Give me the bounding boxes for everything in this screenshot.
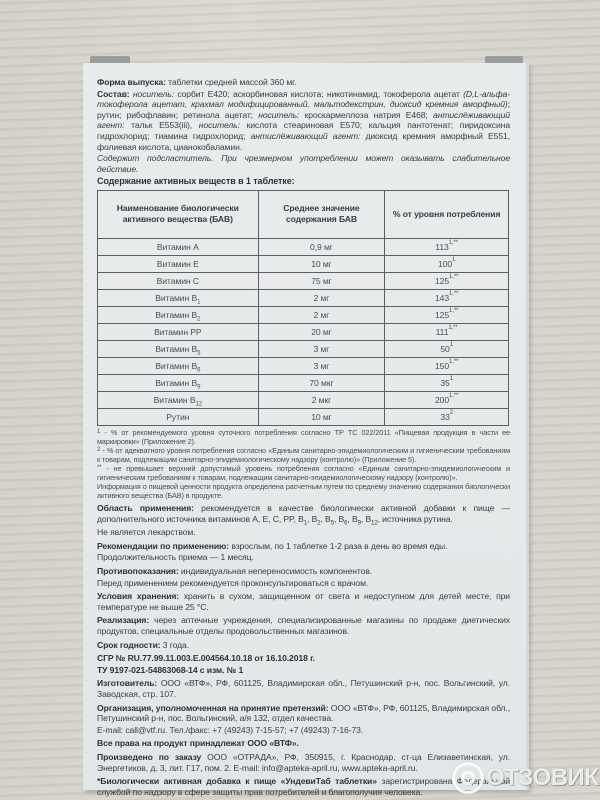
percent-note: 2 <box>450 410 453 416</box>
sales: Реализация: через аптечные учреждения, с… <box>97 615 510 636</box>
composition: Состав: носитель: сорбит Е420; аскорбино… <box>97 89 510 153</box>
doctor-note: Перед применением рекомендуется проконсу… <box>97 578 510 589</box>
footnotes: 1 - % от рекомендуемого уровня суточного… <box>97 428 510 500</box>
header-amount: Среднее значение содержания БАВ <box>258 190 385 238</box>
footnote-text: Информация о пищевой ценности продукта о… <box>97 482 510 500</box>
cell-substance: Витамин B5 <box>98 340 259 357</box>
percent-value: 35 <box>440 378 449 388</box>
composition-segment: тальк Е553(iii), <box>124 120 198 130</box>
cell-amount: 20 мг <box>258 323 385 340</box>
cell-amount: 75 мг <box>258 272 385 289</box>
table-row: Витамин B122 мкг2001,** <box>98 391 509 408</box>
application: Область применения: рекомендуется в каче… <box>97 503 510 526</box>
cell-substance: Рутин <box>98 408 259 425</box>
cell-percent: 1251,** <box>385 272 509 289</box>
table-title: Содержание активных веществ в 1 таблетке… <box>97 176 510 187</box>
cell-substance: Витамин E <box>98 255 259 272</box>
footnote: ** - не превышает верхний допустимый уро… <box>97 464 510 482</box>
footnote: 1 - % от рекомендуемого уровня суточного… <box>97 428 510 446</box>
percent-note: 1,** <box>449 291 458 297</box>
application-tail: , источника рутина. <box>378 514 453 524</box>
footnote: 2 - % от адекватного уровня потребления … <box>97 446 510 464</box>
table-row: Витамин E10 мг1001 <box>98 255 509 272</box>
percent-value: 111 <box>436 327 449 337</box>
composition-segment: сорбит Е420; аскорбиновая кислота; никот… <box>174 89 463 99</box>
release-form: Форма выпуска: таблетки средней массой 3… <box>97 77 510 88</box>
cell-percent: 351 <box>385 374 509 391</box>
rights: Все права на продукт принадлежат ООО «ВТ… <box>97 738 510 749</box>
percent-note: 1,** <box>449 308 458 314</box>
percent-value: 100 <box>438 259 452 269</box>
cell-percent: 2001,** <box>385 391 509 408</box>
table-row: Витамин B22 мг1251,** <box>98 306 509 323</box>
cell-substance: Витамин B6 <box>98 357 259 374</box>
percent-note: 1 <box>452 257 455 263</box>
substance-subscript: 1 <box>197 300 200 306</box>
usage-duration: Продолжительность приема — 1 месяц. <box>97 552 510 563</box>
vitamin-sep: , B <box>307 514 317 524</box>
cell-amount: 2 мг <box>258 289 385 306</box>
sgr-number: СГР № RU.77.99.11.003.Е.004564.10.18 от … <box>97 653 510 664</box>
percent-value: 200 <box>435 395 449 405</box>
composition-segment: носитель: <box>133 89 174 99</box>
vitamin-sep: , B <box>320 514 330 524</box>
claims-contact: E-mail: call@vtf.ru. Тел./факс: +7 (4924… <box>97 725 510 736</box>
substance-name: Витамин B <box>155 293 197 303</box>
percent-note: 1,** <box>448 325 457 331</box>
footnote-text: - % от адекватного уровня потребления со… <box>97 446 510 464</box>
substance-name: Витамин E <box>157 259 199 269</box>
substance-name: Витамин PP <box>154 327 201 337</box>
cell-percent: 1131,** <box>385 238 509 255</box>
substance-subscript: 12 <box>195 402 201 408</box>
cell-substance: Витамин PP <box>98 323 259 340</box>
substance-name: Витамин A <box>157 242 199 252</box>
percent-value: 125 <box>435 310 449 320</box>
cell-substance: Витамин B2 <box>98 306 259 323</box>
percent-note: 1 <box>450 342 453 348</box>
cell-amount: 2 мг <box>258 306 385 323</box>
cell-amount: 2 мкг <box>258 391 385 408</box>
cell-percent: 1251,** <box>385 306 509 323</box>
product-box-back: Форма выпуска: таблетки средней массой 3… <box>83 63 529 790</box>
vitamin-sep: , B <box>347 514 357 524</box>
cell-percent: 1111,** <box>385 323 509 340</box>
storage: Условия хранения: хранить в сухом, защищ… <box>97 591 510 612</box>
claims-org: Организация, уполномоченная на принятие … <box>97 703 510 724</box>
shelf-life: Срок годности: 3 года. <box>97 640 510 651</box>
percent-value: 125 <box>435 276 449 286</box>
cell-amount: 3 мг <box>258 340 385 357</box>
percent-value: 113 <box>435 242 448 252</box>
table-body: Витамин A0,9 мг1131,**Витамин E10 мг1001… <box>98 238 509 425</box>
registration: *Биологически активная добавка к пище «У… <box>97 776 510 797</box>
footnote: Информация о пищевой ценности продукта о… <box>97 482 510 500</box>
substance-name: Витамин B <box>154 395 196 405</box>
cell-substance: Витамин B12 <box>98 391 259 408</box>
table-row: Витамин B12 мг1431,** <box>98 289 509 306</box>
substance-name: Витамин B <box>155 344 197 354</box>
substance-subscript: 2 <box>197 317 200 323</box>
nutrient-table: Наименование биологически активного веще… <box>97 190 509 426</box>
substance-subscript: 6 <box>197 368 200 374</box>
cell-percent: 501 <box>385 340 509 357</box>
cell-amount: 3 мг <box>258 357 385 374</box>
otzovik-watermark: ОТЗОВИК <box>452 758 598 798</box>
cell-substance: Витамин B1 <box>98 289 259 306</box>
cell-percent: 1501,** <box>385 357 509 374</box>
manufacturer: Изготовитель: ООО «ВТФ», РФ, 601125, Вла… <box>97 678 510 699</box>
footnote-text: - не превышает верхний допустимый уровен… <box>97 464 510 482</box>
cell-percent: 332 <box>385 408 509 425</box>
substance-subscript: 9 <box>197 385 200 391</box>
header-substance: Наименование биологически активного веще… <box>98 190 259 238</box>
usage: Рекомендации по применению: взрослым, по… <box>97 541 510 552</box>
table-row: Витамин A0,9 мг1131,** <box>98 238 509 255</box>
cell-percent: 1001 <box>385 255 509 272</box>
table-row: Витамин PP20 мг1111,** <box>98 323 509 340</box>
contraindications: Противопоказания: индивидуальная неперен… <box>97 566 510 577</box>
cell-substance: Витамин C <box>98 272 259 289</box>
substance-name: Витамин B <box>155 361 197 371</box>
cell-substance: Витамин B9 <box>98 374 259 391</box>
cell-amount: 10 мг <box>258 408 385 425</box>
substance-name: Рутин <box>166 412 189 422</box>
produced-for: Произведено по заказу ООО «ОТРАДА», РФ, … <box>97 752 510 773</box>
substance-name: Витамин B <box>155 310 197 320</box>
label-content: Форма выпуска: таблетки средней массой 3… <box>97 77 510 798</box>
tu-number: ТУ 9197-021-54863068-14 с изм. № 1 <box>97 665 510 676</box>
composition-segment: кроскармеллоза натрия Е468; <box>299 110 433 120</box>
percent-note: 1,** <box>449 393 458 399</box>
table-row: Рутин10 мг332 <box>98 408 509 425</box>
percent-value: 150 <box>435 361 449 371</box>
composition-segment: антислёживающий агент: <box>251 131 361 141</box>
composition-segment: носитель: <box>199 120 240 130</box>
substance-name: Витамин C <box>157 276 199 286</box>
table-row: Витамин B53 мг501 <box>98 340 509 357</box>
percent-value: 50 <box>440 344 449 354</box>
cell-substance: Витамин A <box>98 238 259 255</box>
sweetener-note: Содержит подсластитель. При чрезмерном у… <box>97 153 510 174</box>
substance-name: Витамин B <box>155 378 197 388</box>
header-percent: % от уровня потребления <box>385 190 509 238</box>
cell-percent: 1431,** <box>385 289 509 306</box>
percent-value: 143 <box>435 293 449 303</box>
percent-note: 1,** <box>449 240 458 246</box>
percent-note: 1,** <box>449 274 458 280</box>
table-row: Витамин B970 мкг351 <box>98 374 509 391</box>
percent-value: 33 <box>440 412 449 422</box>
otzovik-logo-icon <box>452 762 484 794</box>
footnote-text: - % от рекомендуемого уровня суточного п… <box>97 428 510 446</box>
table-header-row: Наименование биологически активного веще… <box>98 190 509 238</box>
cell-amount: 10 мг <box>258 255 385 272</box>
table-row: Витамин B63 мг1501,** <box>98 357 509 374</box>
percent-note: 1 <box>450 376 453 382</box>
substance-subscript: 5 <box>197 351 200 357</box>
vitamin-sep: , B <box>361 514 371 524</box>
not-drug-note: Не является лекарством. <box>97 527 510 538</box>
composition-segment: носитель: <box>258 110 299 120</box>
vitamin-sep: , B <box>334 514 344 524</box>
table-row: Витамин C75 мг1251,** <box>98 272 509 289</box>
cell-amount: 70 мкг <box>258 374 385 391</box>
percent-note: 1,** <box>449 359 458 365</box>
cell-amount: 0,9 мг <box>258 238 385 255</box>
